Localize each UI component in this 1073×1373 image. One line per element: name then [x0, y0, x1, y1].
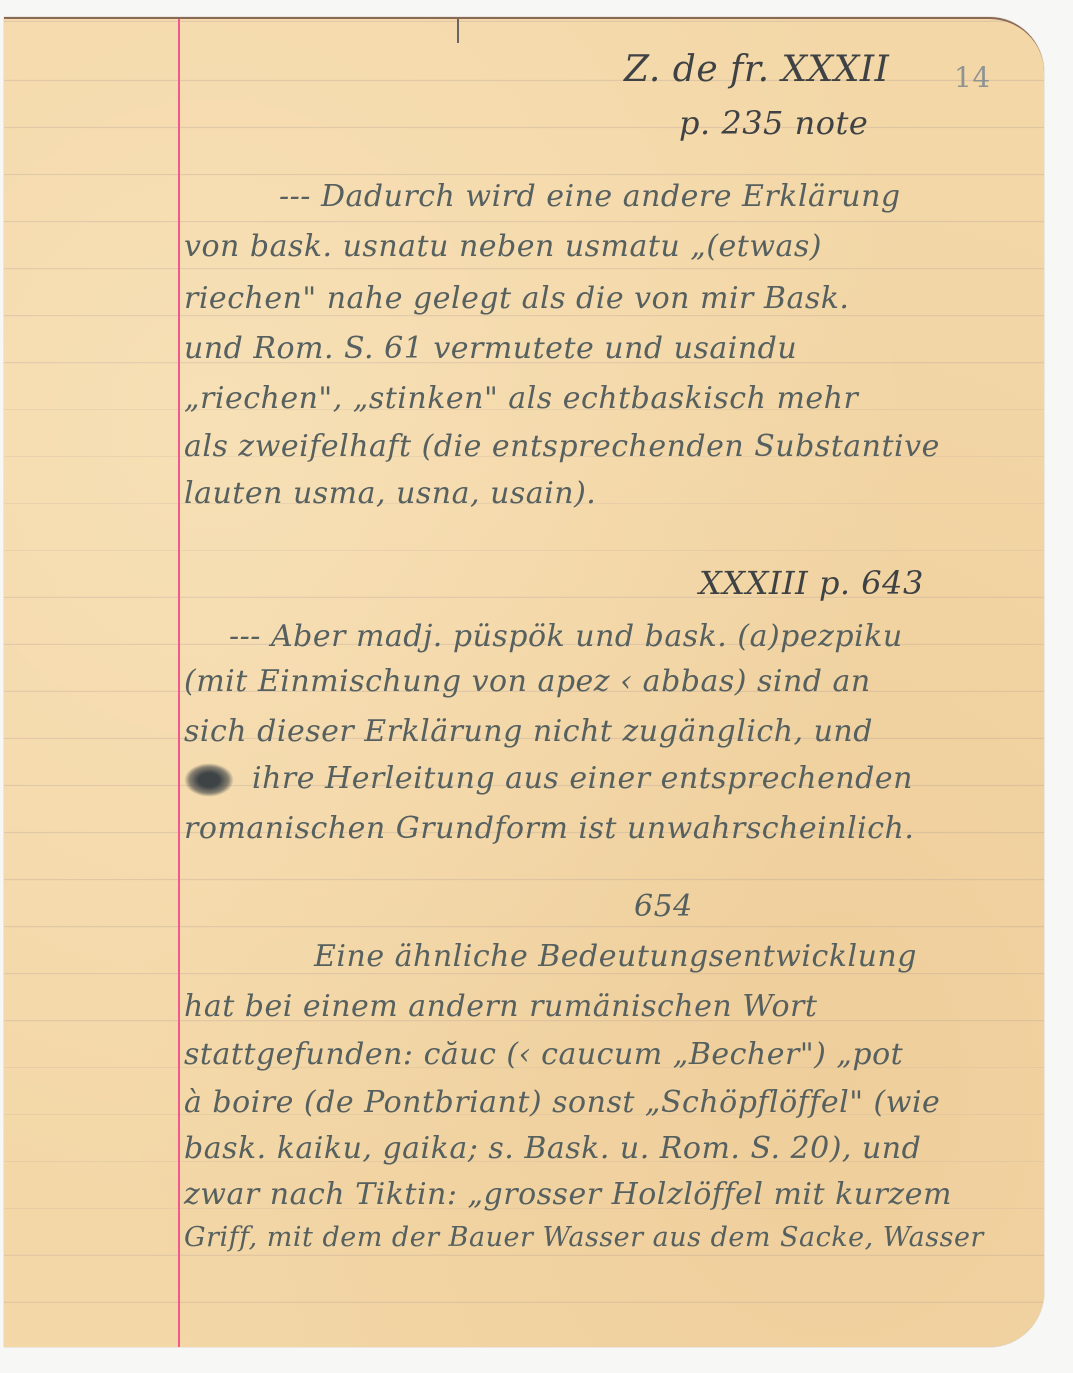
text-line: von bask. usnatu neben usmatu „(etwas) [184, 229, 822, 264]
text-line: riechen" nahe gelegt als die von mir Bas… [184, 281, 849, 316]
text-line: stattgefunden: căuc (‹ caucum „Becher") … [184, 1037, 903, 1072]
manuscript-page: Z. de fr. XXXII p. 235 note 14 --- Dadur… [4, 17, 1044, 1347]
text-line: --- Dadurch wird eine andere Erklärung [279, 179, 901, 214]
text-line: romanischen Grundform ist unwahrscheinli… [184, 811, 914, 846]
text-line: lauten usma, usna, usain). [184, 476, 596, 511]
section-heading: XXXIII p. 643 [699, 564, 924, 602]
ink-scribble [184, 763, 234, 797]
margin-line [178, 19, 180, 1347]
text-line: und Rom. S. 61 vermutete und usaindu [184, 331, 797, 366]
text-line: --- Aber madj. püspök und bask. (a)pezpi… [229, 619, 903, 654]
text-line: als zweifelhaft (die entsprechenden Subs… [184, 429, 940, 464]
page-reference: p. 235 note [679, 104, 868, 142]
journal-reference: Z. de fr. XXXII [624, 49, 889, 90]
text-line: sich dieser Erklärung nicht zugänglich, … [184, 714, 873, 749]
text-line: à boire (de Pontbriant) sonst „Schöpflöf… [184, 1085, 940, 1120]
text-line: „riechen", „stinken" als echtbaskisch me… [184, 381, 858, 416]
text-line: bask. kaiku, gaika; s. Bask. u. Rom. S. … [184, 1131, 921, 1166]
paper-tear-mark [457, 19, 459, 43]
text-line: hat bei einem andern rumänischen Wort [184, 989, 817, 1024]
text-line: Eine ähnliche Bedeutungsentwicklung [314, 939, 917, 974]
text-line: (mit Einmischung von apez ‹ abbas) sind … [184, 664, 871, 699]
text-line-with-strikeout: ihre Herleitung aus einer entsprechenden [184, 761, 913, 797]
text-line: Griff, mit dem der Bauer Wasser aus dem … [184, 1222, 984, 1253]
text-line: zwar nach Tiktin: „grosser Holzlöffel mi… [184, 1177, 952, 1212]
section-heading: 654 [634, 889, 693, 924]
page-number: 14 [954, 61, 991, 94]
